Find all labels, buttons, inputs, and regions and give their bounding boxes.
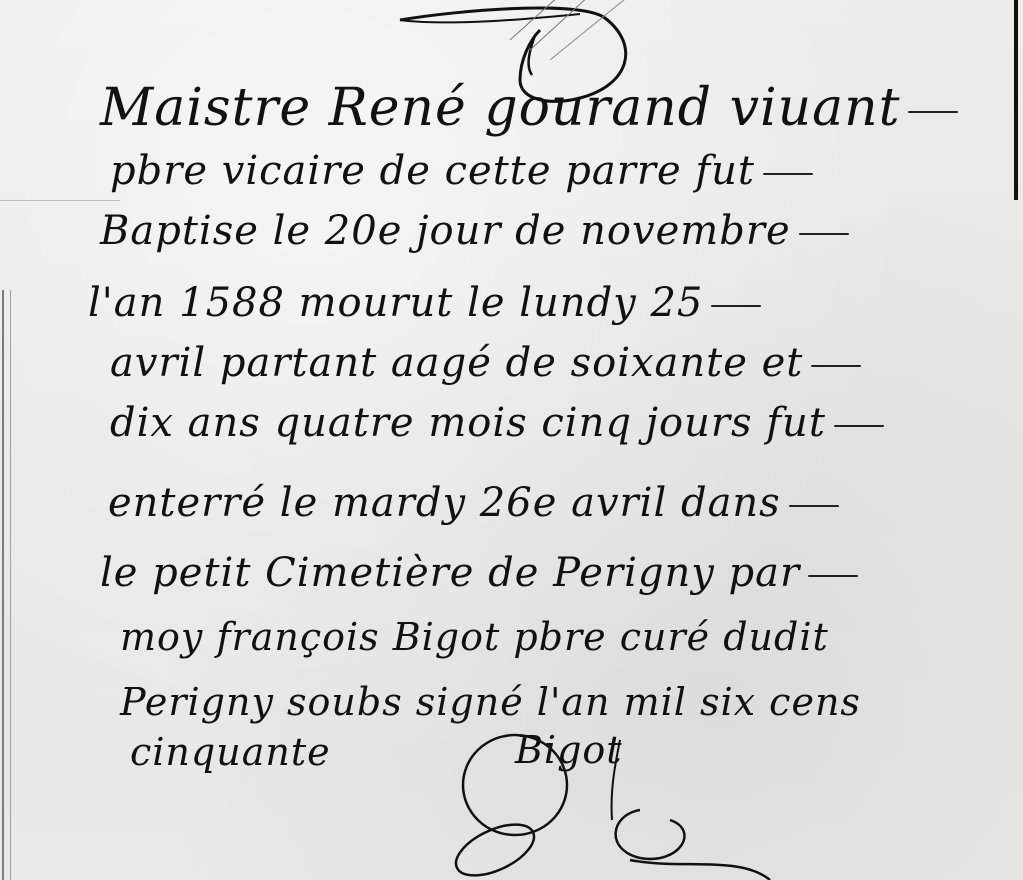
text-line-3-content: Baptise le 20e jour de novembre [100,208,791,254]
signature: Bigot [515,728,623,772]
document-page: Maistre René gourand viuant pbre vicaire… [0,0,1023,880]
text-line-7: enterré le mardy 26e avril dans [108,480,839,526]
line-filler [834,425,884,427]
text-line-9-content: moy françois Bigot pbre curé dudit [120,615,829,659]
text-line-9: moy françois Bigot pbre curé dudit [120,615,829,659]
text-line-6: dix ans quatre mois cinq jours fut [110,400,884,446]
text-line-8: le petit Cimetière de Perigny par [100,550,858,596]
line-filler [908,111,958,113]
text-line-11-content: cinquante [130,730,331,774]
text-line-4: l'an 1588 mourut le lundy 25 [88,280,761,326]
text-line-1-content: Maistre René gourand viuant [100,78,900,138]
line-filler [811,365,861,367]
line-filler [808,575,858,577]
line-filler [763,173,813,175]
text-line-4-content: l'an 1588 mourut le lundy 25 [88,280,703,326]
text-line-2-content: pbre vicaire de cette parre fut [110,148,755,194]
text-line-2: pbre vicaire de cette parre fut [110,148,813,194]
text-line-10: Perigny soubs signé l'an mil six cens [120,680,861,724]
text-line-8-content: le petit Cimetière de Perigny par [100,550,800,596]
text-line-6-content: dix ans quatre mois cinq jours fut [110,400,826,446]
line-filler [799,233,849,235]
text-line-5-content: avril partant aagé de soixante et [110,340,803,386]
text-line-10-content: Perigny soubs signé l'an mil six cens [120,680,861,724]
text-line-5: avril partant aagé de soixante et [110,340,861,386]
line-filler [711,305,761,307]
text-line-3: Baptise le 20e jour de novembre [100,208,849,254]
text-line-1: Maistre René gourand viuant [100,78,958,138]
line-filler [789,505,839,507]
text-line-11: cinquante [130,730,331,774]
text-line-7-content: enterré le mardy 26e avril dans [108,480,781,526]
